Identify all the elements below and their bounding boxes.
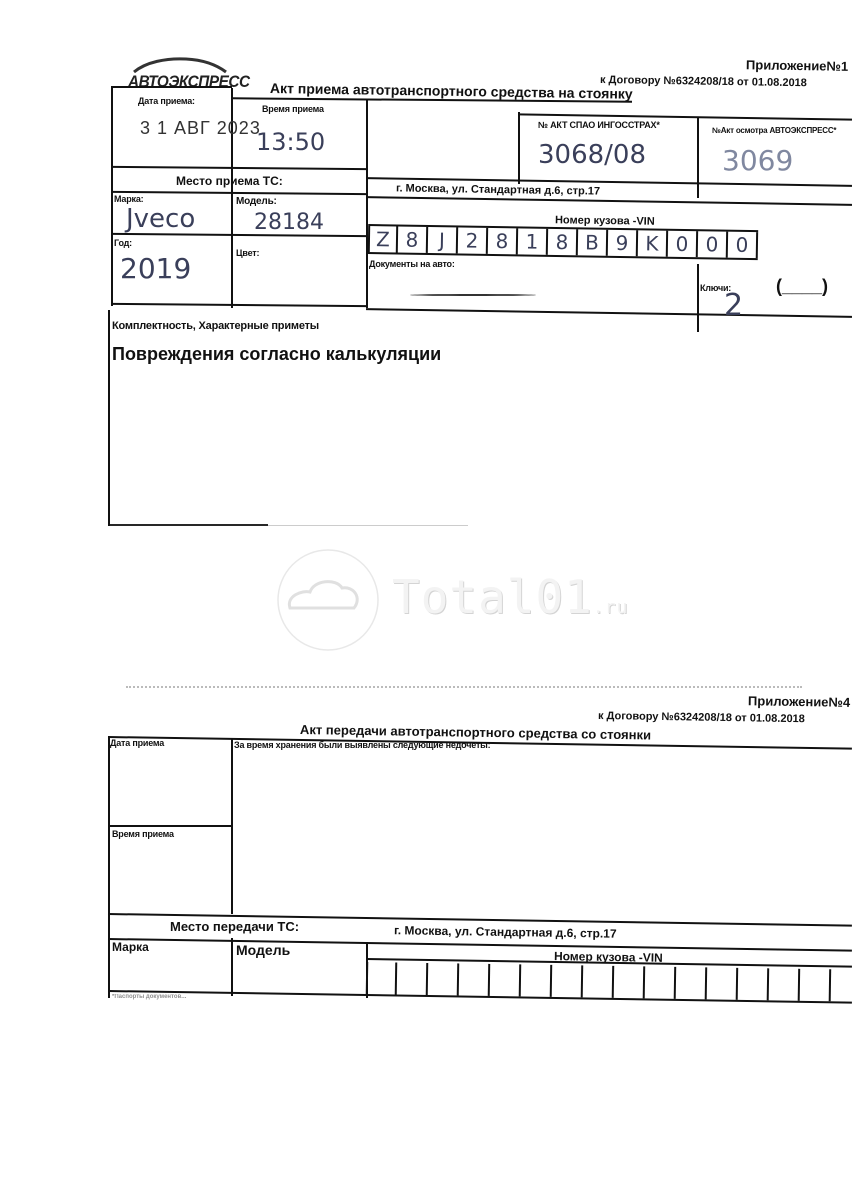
inspection-act-value: 3069 xyxy=(722,144,793,177)
f4-footnote: *Паспорты документов... xyxy=(112,994,186,1000)
vin-empty-cell[interactable] xyxy=(707,967,738,999)
brand-value: Jveco xyxy=(126,204,195,234)
vin-empty-cell[interactable] xyxy=(769,968,800,1000)
f4-date-label: Дата приема xyxy=(110,738,164,748)
date-stamp-value: 3 1 АВГ 2023 xyxy=(140,118,261,139)
f4-brand-label: Марка xyxy=(112,940,149,954)
place-value: г. Москва, ул. Стандартная д.6, стр.17 xyxy=(396,182,600,197)
vin-char-cell: 1 xyxy=(518,228,548,254)
year-label: Год: xyxy=(114,238,132,248)
vin-label: Номер кузова -VIN xyxy=(555,214,655,228)
vin-empty-cell[interactable] xyxy=(397,962,428,994)
vin-empty-cell[interactable] xyxy=(428,963,459,995)
vin-empty-cell[interactable] xyxy=(552,965,583,997)
time-label: Время приема xyxy=(262,104,324,114)
color-label: Цвет: xyxy=(236,248,259,258)
completeness-value: Повреждения согласно калькуляции xyxy=(112,344,441,365)
vin-empty-cell[interactable] xyxy=(459,963,490,995)
vin-char-cell: B xyxy=(578,229,608,255)
vin-char-cell: 0 xyxy=(668,231,698,257)
f4-defects-label: За время хранения были выявлены следующи… xyxy=(234,740,490,750)
vin-char-cell: 0 xyxy=(698,231,728,257)
inspection-act-label: №Акт осмотра АВТОЭКСПРЕСС* xyxy=(712,126,836,135)
vin-char-cell: 8 xyxy=(398,226,428,252)
keys-bracket: (____) xyxy=(776,276,828,297)
ingos-act-value: 3068/08 xyxy=(538,140,646,170)
appendix4-number: Приложение№4 xyxy=(748,693,850,710)
vin-empty-cell[interactable] xyxy=(800,969,831,1001)
contract4-reference: к Договору №6324208/18 от 01.08.2018 xyxy=(598,710,805,725)
vin-empty-cell[interactable] xyxy=(738,968,769,1000)
vin-empty-cell[interactable] xyxy=(490,964,521,996)
vin-char-cell: Z xyxy=(368,226,398,252)
documents-label: Документы на авто: xyxy=(369,259,455,269)
f4-place-value: г. Москва, ул. Стандартная д.6, стр.17 xyxy=(394,923,617,940)
f4-place-label: Место передачи ТС: xyxy=(170,919,299,934)
vin-char-cell: 0 xyxy=(728,232,758,258)
f4-defects-field[interactable] xyxy=(234,752,844,908)
watermark-text: Total01 xyxy=(392,570,593,624)
vin-char-cell: 8 xyxy=(488,228,518,254)
vin-empty-cell[interactable] xyxy=(676,967,707,999)
place-label: Место приема ТС: xyxy=(176,174,283,188)
vin-empty-cell[interactable] xyxy=(366,962,397,994)
vin-empty-cell[interactable] xyxy=(521,964,552,996)
vin-empty-cell[interactable] xyxy=(614,966,645,998)
appendix-number: Приложение№1 xyxy=(746,57,848,74)
keys-value: 2 xyxy=(724,288,743,323)
brand-label: Марка: xyxy=(114,194,143,204)
vin-empty-cell[interactable] xyxy=(583,965,614,997)
autoexpress-logo: АВТОЭКСПРЕСС xyxy=(126,60,236,96)
f4-model-label: Модель xyxy=(236,942,290,958)
model-label: Модель: xyxy=(236,196,277,207)
vin-char-cell: 2 xyxy=(458,227,488,253)
vin-empty-cell[interactable] xyxy=(645,966,676,998)
vin-char-cell: 9 xyxy=(608,230,638,256)
vin-empty-cell[interactable] xyxy=(831,969,852,1001)
watermark-suffix: .ru xyxy=(593,597,629,618)
model-value: 28184 xyxy=(254,210,324,235)
year-value: 2019 xyxy=(120,252,191,285)
time-value: 13:50 xyxy=(256,128,325,156)
date-label: Дата приема: xyxy=(138,96,195,106)
watermark-car-cloud-icon xyxy=(276,548,380,652)
f4-vin-label: Номер кузова -VIN xyxy=(554,949,663,965)
f4-time-label: Время приема xyxy=(112,829,174,839)
vin-cells: Z8J2818B9K000 xyxy=(368,224,758,260)
ingos-act-label: № АКТ СПАО ИНГОССТРАХ* xyxy=(538,120,660,130)
documents-dash xyxy=(410,294,536,296)
completeness-label: Комплектность, Характерные приметы xyxy=(112,320,319,332)
vin-char-cell: K xyxy=(638,230,668,256)
vin-char-cell: 8 xyxy=(548,229,578,255)
vin-char-cell: J xyxy=(428,227,458,253)
